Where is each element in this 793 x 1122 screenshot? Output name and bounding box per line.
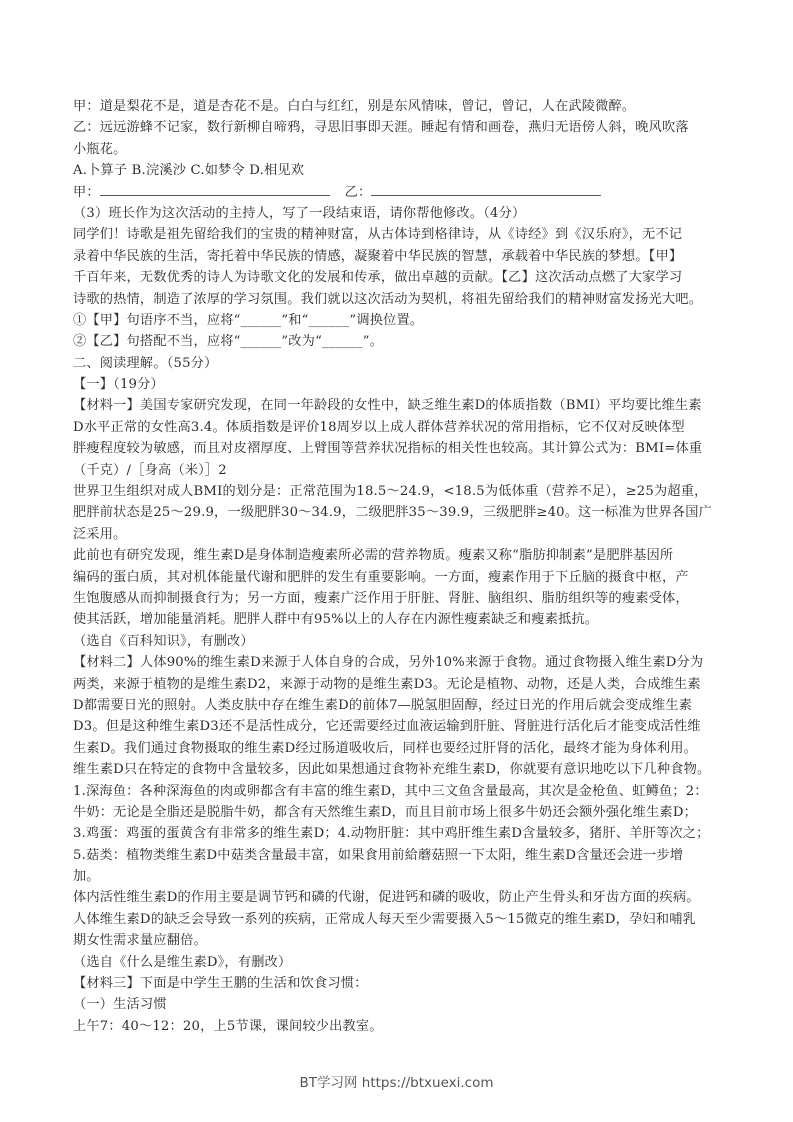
text-line: 3.鸡蛋：鸡蛋的蛋黄含有非常多的维生素D；4.动物肝脏：其中鸡肝维生素D含量较多… <box>73 823 723 844</box>
text-line: 录着中华民族的生活，寄托着中华民族的情感，凝聚着中华民族的智慧，承载着中华民族的… <box>73 246 723 267</box>
text-line: D都需要日光的照射。人类皮肤中存在维生素D的前体7—脱氢胆固醇，经过日光的作用后… <box>73 695 723 716</box>
text-line: 5.菇类：植物类维生素D中菇类含量最丰富，如果食用前給蘑菇照一下太阳，维生素D含… <box>73 845 723 866</box>
poem-yi-cont: 小瓶花。 <box>73 139 723 160</box>
text-line: 肥胖前状态是25～29.9，一级肥胖30～34.9，二级肥胖35～39.9，三级… <box>73 502 723 523</box>
text-line: 两类，来源于植物的是维生素D2，来源于动物的是维生素D3。无论是植物、动物，还是… <box>73 674 723 695</box>
text-line: 体内活性维生素D的作用主要是调节钙和磷的代谢，促进钙和磷的吸收，防止产生骨头和牙… <box>73 887 723 908</box>
document-page: 甲：道是梨花不是，道是杏花不是。白白与红红，别是东风情味，曾记，曾记，人在武陵微… <box>73 96 723 1037</box>
text-line: 胖瘦程度较为敏感，而且对皮褶厚度、上臂围等营养状况指标的相关性也较高。其计算公式… <box>73 438 723 459</box>
text-line: 【一】（19分） <box>73 374 723 395</box>
text-line: 【材料一】美国专家研究发现，在同一年龄段的女性中，缺乏维生素D的体质指数（BMI… <box>73 395 723 416</box>
text-line: 使其活跃，增加能量消耗。肥胖人群中有95%以上的人存在内源性瘦素缺乏和瘦素抵抗。 <box>73 609 723 630</box>
text-line: 泛采用。 <box>73 524 723 545</box>
text-line: D水平正常的女性高3.4。体质指数是评价18周岁以上成人群体营养状况的常用指标，… <box>73 417 723 438</box>
jia-label: 甲： <box>73 185 100 200</box>
yi-label: 乙： <box>345 185 372 200</box>
text-line: 世界卫生组织对成人BMI的划分是：正常范围为18.5～24.9，<18.5为低体… <box>73 481 723 502</box>
text-line: 【材料二】人体90%的维生素D来源于人体自身的合成，另外10%来源于食物。通过食… <box>73 652 723 673</box>
text-line: 人体维生素D的缺乏会导致一系列的疾病，正常成人每天至少需要摄入5～15微克的维生… <box>73 909 723 930</box>
text-line: 生素D。我们通过食物摄取的维生素D经过肠道吸收后，同样也要经过肝肾的活化，最终才… <box>73 738 723 759</box>
text-line: 此前也有研究发现，维生素D是身体制造瘦素所必需的营养物质。瘦素又称“脂肪抑制素”… <box>73 545 723 566</box>
text-line: 加。 <box>73 866 723 887</box>
text-line: 编码的蛋白质，其对机体能量代谢和肥胖的发生有重要影响。一方面，瘦素作用于下丘脑的… <box>73 567 723 588</box>
text-line: ①【甲】句语序不当，应将“______”和“______”调换位置。 <box>73 310 723 331</box>
answer-options: A.卜算子 B.浣溪沙 C.如梦令 D.相见欢 <box>73 160 723 181</box>
text-line: （一）生活习惯 <box>73 994 723 1015</box>
text-line: 牛奶：无论是全脂还是脱脂牛奶，都含有天然维生素D，而且目前市场上很多牛奶还会额外… <box>73 802 723 823</box>
text-line: 诗歌的热情，制造了浓厚的学习氛围。我们就以这次活动为契机，将祖先留给我们的精神财… <box>73 289 723 310</box>
poem-jia: 甲：道是梨花不是，道是杏花不是。白白与红红，别是东风情味，曾记，曾记，人在武陵微… <box>73 96 723 117</box>
yi-answer-blank[interactable] <box>371 183 601 196</box>
text-line: 【材料三】下面是中学生王鹏的生活和饮食习惯： <box>73 973 723 994</box>
answer-line: 甲： 乙： <box>73 182 723 203</box>
jia-answer-blank[interactable] <box>100 183 330 196</box>
poem-yi: 乙：远远游蜂不记家，数行新柳自啼鸦，寻思旧事即天涯。睡起有情和画卷，燕归无语傍人… <box>73 117 723 138</box>
text-line: 生饱腹感从而抑制摄食行为；另一方面，瘦素广泛作用于肝脏、肾脏、脑组织、脂肪组织等… <box>73 588 723 609</box>
text-line: 1.深海鱼：各种深海鱼的肉或卵都含有丰富的维生素D，其中三文鱼含量最高，其次是金… <box>73 781 723 802</box>
text-line: 期女性需求量应翻倍。 <box>73 930 723 951</box>
text-line: 千百年来，无数优秀的诗人为诗歌文化的发展和传承，做出卓越的贡献。【乙】这次活动点… <box>73 267 723 288</box>
text-line: （3）班长作为这次活动的主持人，写了一段结束语，请你帮他修改。（4分） <box>73 203 723 224</box>
body-text: （3）班长作为这次活动的主持人，写了一段结束语，请你帮他修改。（4分）同学们！诗… <box>73 203 723 1037</box>
text-line: D3。但是这种维生素D3还不是活性成分，它还需要经过血液运输到肝脏、肾脏进行活化… <box>73 716 723 737</box>
watermark-footer: BT学习网 https://btxuexi.com <box>0 1071 793 1091</box>
text-line: 上午7：40～12：20，上5节课，课间较少出教室。 <box>73 1016 723 1037</box>
text-line: （选自《百科知识》，有删改） <box>73 631 723 652</box>
text-line: 同学们！诗歌是祖先留给我们的宝贵的精神财富，从古体诗到格律诗，从《诗经》到《汉乐… <box>73 224 723 245</box>
text-line: （选自《什么是维生素D》，有删改） <box>73 952 723 973</box>
text-line: 二、阅读理解。（55分） <box>73 353 723 374</box>
text-line: ②【乙】句搭配不当，应将“______”改为“______”。 <box>73 331 723 352</box>
text-line: （千克）/［身高（米）］2 <box>73 460 723 481</box>
text-line: 维生素D只在特定的食物中含量较多，因此如果想通过食物补充维生素D，你就要有意识地… <box>73 759 723 780</box>
